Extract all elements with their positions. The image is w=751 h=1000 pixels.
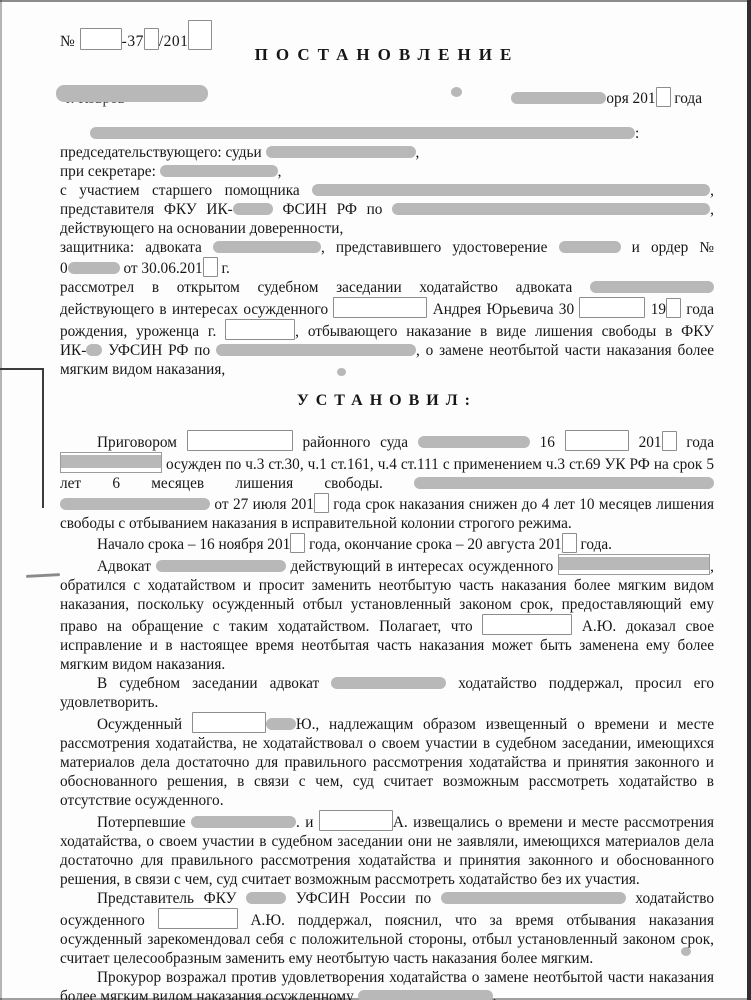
grey-redaction-bar — [60, 498, 210, 510]
grey-redaction-bar — [86, 344, 102, 356]
grey-white-redaction-box — [60, 452, 162, 473]
document-header: № -37/201 ПОСТАНОВЛЕНИЕ г. Ковров оря 20… — [60, 20, 714, 108]
court-ruling-page: № -37/201 ПОСТАНОВЛЕНИЕ г. Ковров оря 20… — [0, 0, 751, 1000]
grey-redaction-bar — [266, 146, 416, 158]
white-redaction-box — [192, 712, 266, 733]
doc-line: действующего в интересах осужденного Анд… — [60, 297, 714, 319]
grey-redaction-bar — [191, 816, 296, 828]
grey-redaction-bar — [56, 85, 208, 102]
document-date: оря 201 года — [511, 87, 714, 108]
paragraph-sentence: Приговором районного суда 16 201 года ос… — [60, 430, 714, 533]
white-redaction-box — [225, 319, 295, 340]
grey-redaction-bar — [392, 203, 710, 215]
grey-redaction-bar — [90, 127, 635, 139]
ruling-body: Приговором районного суда 16 201 года ос… — [60, 430, 714, 1000]
paragraph-convict: Осужденный Ю., надлежащим образом извеще… — [60, 712, 714, 810]
doc-line: действующего на основании доверенности, — [60, 219, 714, 238]
document-content: № -37/201 ПОСТАНОВЛЕНИЕ г. Ковров оря 20… — [0, 0, 751, 1000]
grey-redaction-bar — [266, 718, 296, 730]
white-redaction-box — [187, 430, 293, 451]
paragraph-representative: Представитель ФКУ УФСИН России по ходата… — [60, 889, 714, 968]
doc-line: рождения, уроженца г. , отбывающего нака… — [60, 319, 714, 341]
white-redaction-box — [319, 810, 393, 831]
grey-redaction-bar — [358, 990, 493, 1000]
grey-white-redaction-box — [558, 554, 710, 575]
doc-line: 0 от 30.06.201 г. — [60, 257, 714, 278]
grey-redaction-bar — [331, 677, 446, 689]
doc-line: с участием старшего помощника , — [60, 181, 714, 200]
white-redaction-box — [666, 298, 681, 318]
paragraph-prosecutor: Прокурор возражал против удовлетворения … — [60, 968, 714, 1000]
white-redaction-box — [188, 20, 212, 50]
doc-line: мягким видом наказания, — [60, 360, 714, 379]
white-redaction-box — [579, 297, 645, 318]
grey-redaction-bar — [559, 241, 621, 253]
white-redaction-box — [158, 908, 238, 929]
doc-line: представителя ФКУ ИК- ФСИН РФ по , — [60, 200, 714, 219]
court-composition: : председательствующего: судьи , при сек… — [60, 124, 714, 379]
paragraph-victims: Потерпевшие . и А. извещались о времени … — [60, 810, 714, 889]
grey-redaction-bar — [246, 892, 286, 904]
grey-redaction-bar — [233, 203, 273, 215]
white-redaction-box — [80, 28, 122, 50]
white-redaction-box — [482, 614, 572, 635]
paragraph-advocate-request: Адвокат действующий в интересах осужденн… — [60, 554, 714, 674]
doc-line: при секретаре: , — [60, 162, 714, 181]
paragraph-advocate-hearing: В судебном заседании адвокат ходатайство… — [60, 674, 714, 712]
place-date-row: г. Ковров оря 201 года — [60, 87, 714, 108]
white-redaction-box — [290, 533, 305, 553]
white-redaction-box — [144, 28, 159, 50]
white-redaction-box — [662, 431, 677, 451]
white-redaction-box — [314, 493, 329, 513]
grey-redaction-bar — [511, 92, 606, 104]
grey-redaction-bar — [160, 165, 278, 177]
grey-redaction-bar — [213, 241, 321, 253]
doc-line: рассмотрел в открытом судебном заседании… — [60, 278, 714, 297]
white-redaction-box — [333, 297, 427, 318]
paragraph-term: Начало срока – 16 ноября 201 года, оконч… — [60, 533, 714, 554]
grey-redaction-bar — [590, 281, 714, 293]
white-redaction-box — [565, 430, 629, 451]
grey-redaction-bar — [312, 184, 710, 196]
doc-line: : — [60, 124, 714, 143]
white-redaction-box — [562, 533, 577, 553]
grey-redaction-bar — [418, 436, 530, 448]
grey-redaction-bar — [156, 560, 286, 572]
grey-redaction-bar — [441, 892, 626, 904]
doc-line: защитника: адвоката , представившего удо… — [60, 238, 714, 257]
grey-redaction-bar — [414, 477, 714, 489]
white-redaction-box — [203, 257, 218, 277]
doc-line: председательствующего: судьи , — [60, 143, 714, 162]
white-redaction-box — [656, 87, 671, 107]
doc-line: ИК- УФСИН РФ по , о замене неотбытой час… — [60, 341, 714, 360]
section-heading: УСТАНОВИЛ: — [60, 392, 714, 410]
grey-redaction-bar — [68, 262, 120, 274]
city-name: г. Ковров — [60, 90, 131, 108]
grey-redaction-bar — [216, 344, 416, 356]
